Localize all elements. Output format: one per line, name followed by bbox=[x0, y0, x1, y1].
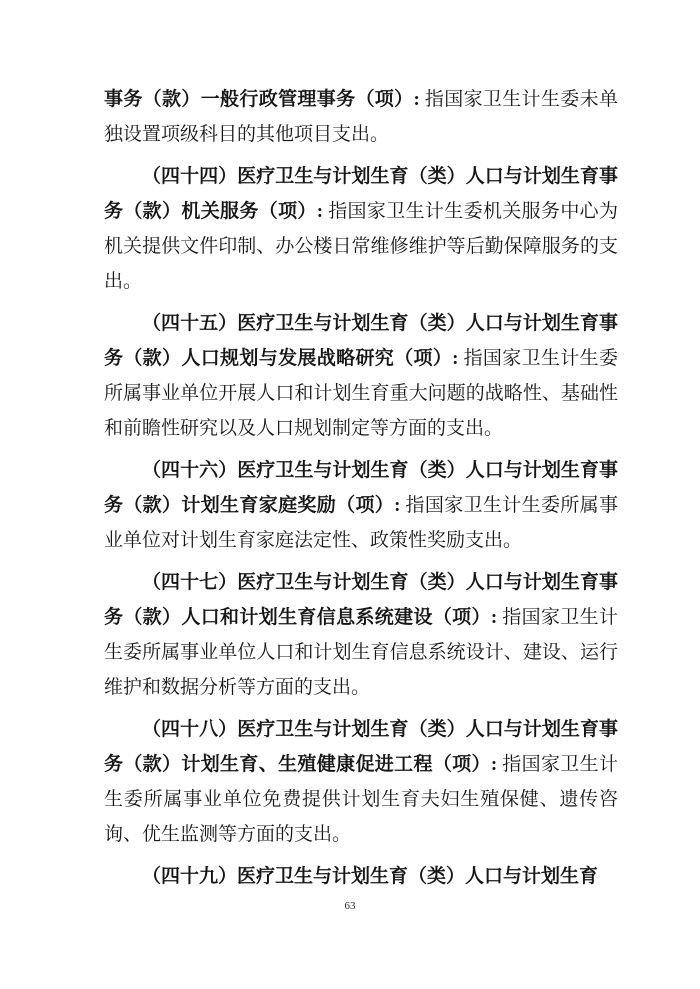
budget-item-49: （四十九）医疗卫生与计划生育（类）人口与计划生育 bbox=[104, 859, 618, 894]
budget-item-43-continuation: 事务（款）一般行政管理事务（项）: 指国家卫生计生委未单独设置项级科目的其他项目… bbox=[104, 82, 618, 152]
document-body: 事务（款）一般行政管理事务（项）: 指国家卫生计生委未单独设置项级科目的其他项目… bbox=[104, 82, 618, 901]
budget-item-44: （四十四）医疗卫生与计划生育（类）人口与计划生育事务（款）机关服务（项）: 指国… bbox=[104, 159, 618, 299]
budget-item-47: （四十七）医疗卫生与计划生育（类）人口与计划生育事务（款）人口和计划生育信息系统… bbox=[104, 565, 618, 705]
budget-item-49-title: （四十九）医疗卫生与计划生育（类）人口与计划生育 bbox=[142, 866, 598, 887]
budget-item-43-title: 事务（款）一般行政管理事务（项）: bbox=[104, 89, 420, 110]
document-page: 事务（款）一般行政管理事务（项）: 指国家卫生计生委未单独设置项级科目的其他项目… bbox=[0, 0, 700, 989]
page-number: 63 bbox=[0, 899, 700, 913]
budget-item-46: （四十六）医疗卫生与计划生育（类）人口与计划生育事务（款）计划生育家庭奖励（项）… bbox=[104, 453, 618, 558]
budget-item-48: （四十八）医疗卫生与计划生育（类）人口与计划生育事务（款）计划生育、生殖健康促进… bbox=[104, 712, 618, 852]
budget-item-45: （四十五）医疗卫生与计划生育（类）人口与计划生育事务（款）人口规划与发展战略研究… bbox=[104, 306, 618, 446]
